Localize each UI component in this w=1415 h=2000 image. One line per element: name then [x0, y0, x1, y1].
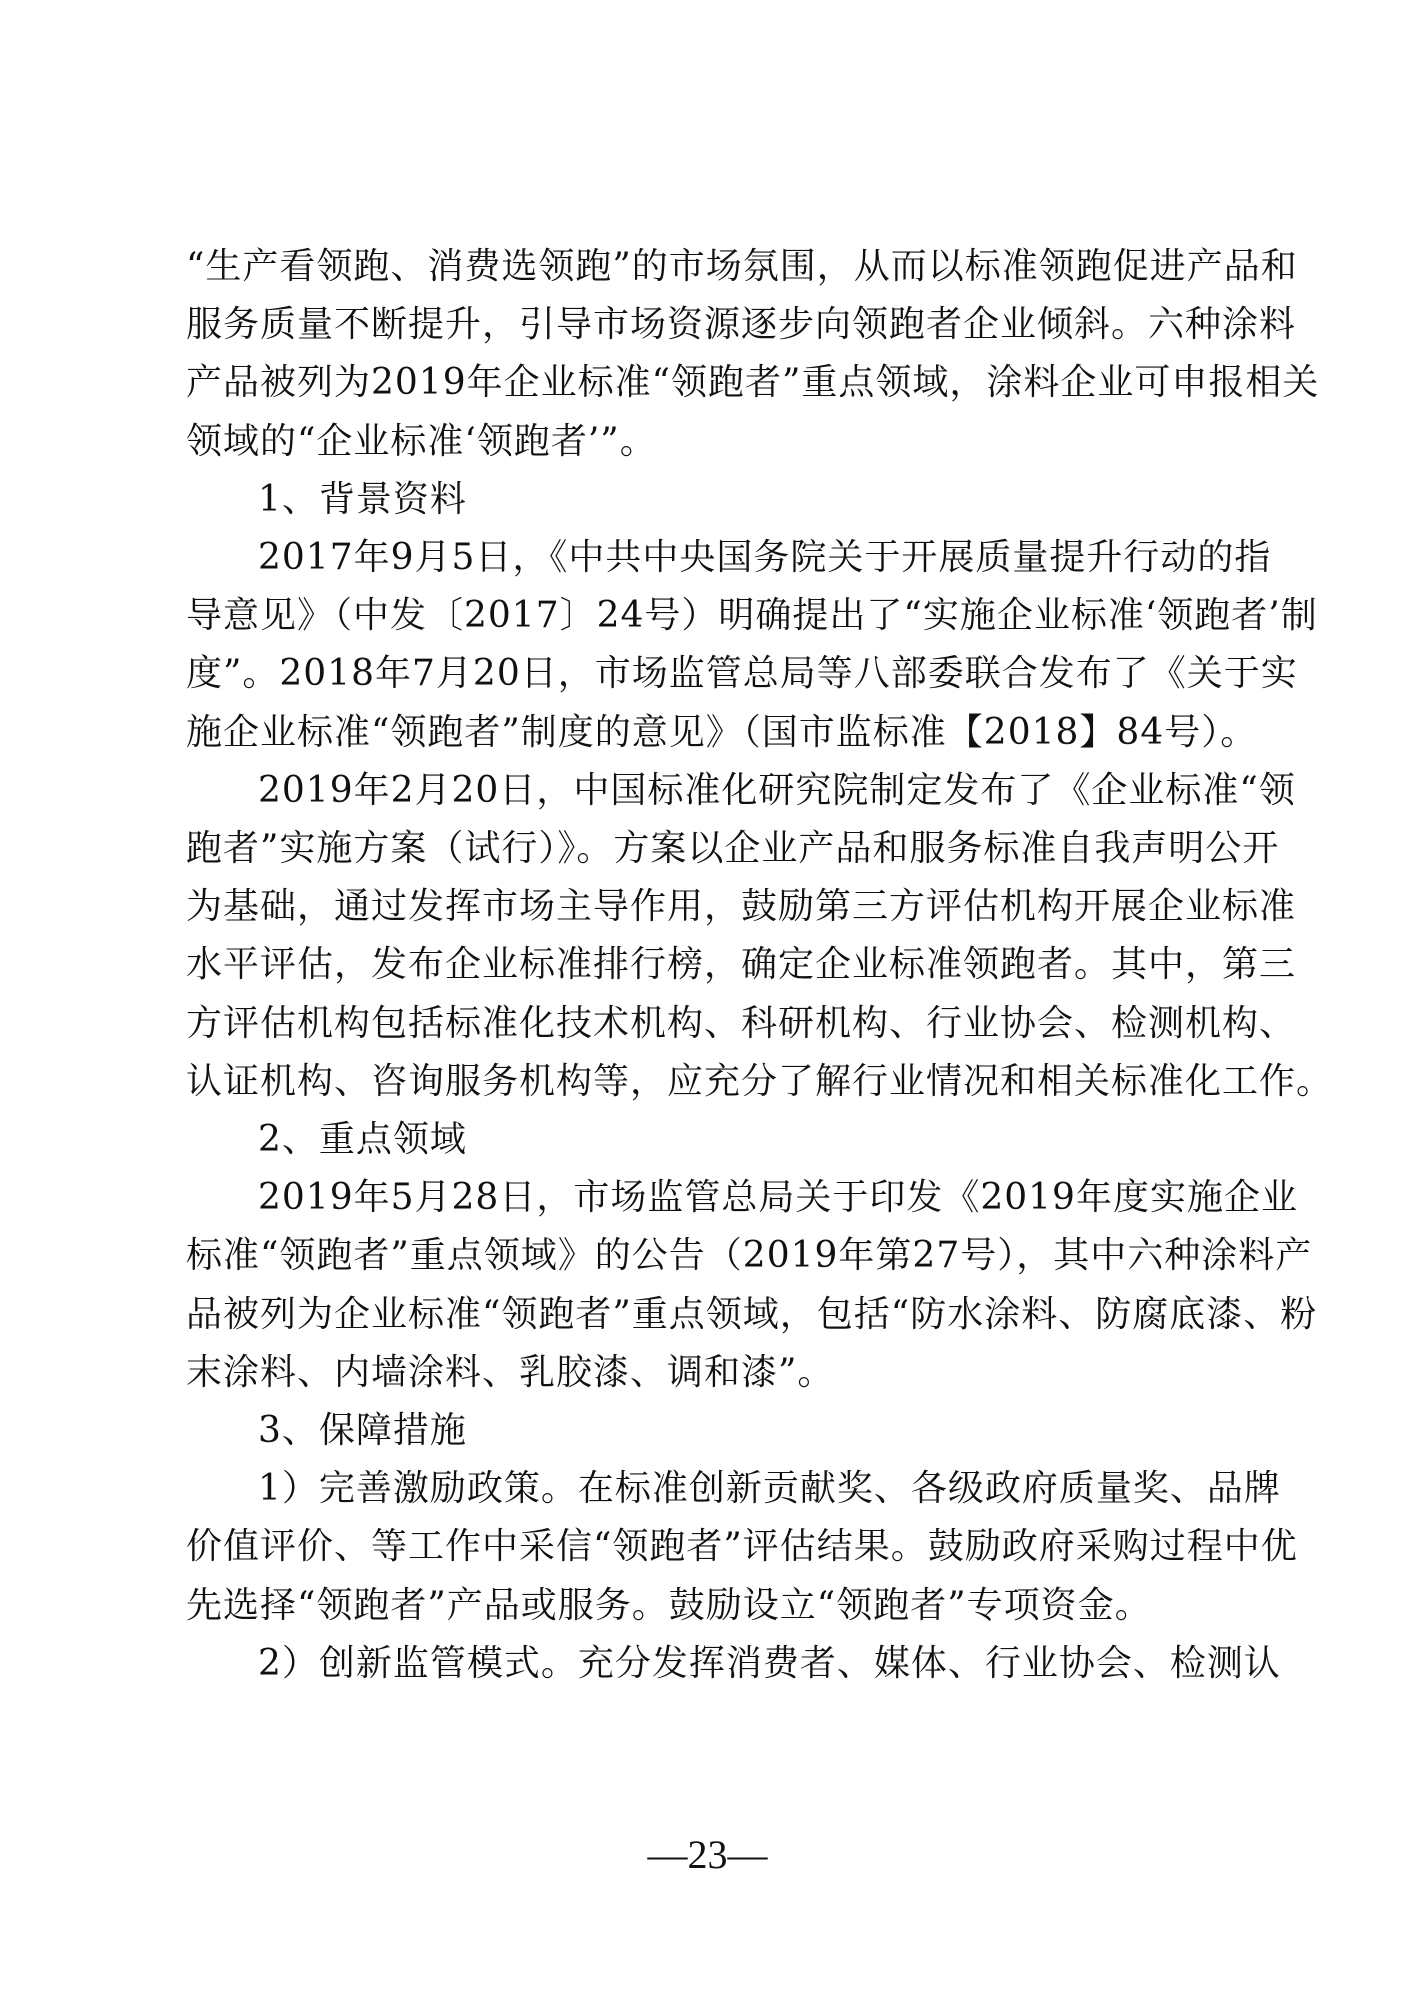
body-line: 2019年5月28日，市场监管总局关于印发《2019年度实施企业	[258, 1169, 1248, 1227]
body-line: 跑者”实施方案（试行）》。方案以企业产品和服务标准自我声明公开	[186, 820, 1248, 878]
body-line: 2017年9月5日，《中共中央国务院关于开展质量提升行动的指	[258, 529, 1248, 587]
body-line: 1）完善激励政策。在标准创新贡献奖、各级政府质量奖、品牌	[258, 1460, 1248, 1518]
body-line: 品被列为企业标准“领跑者”重点领域，包括“防水涂料、防腐底漆、粉	[186, 1286, 1248, 1344]
body-line: 服务质量不断提升，引导市场资源逐步向领跑者企业倾斜。六种涂料	[186, 296, 1248, 354]
body-line: 末涂料、内墙涂料、乳胶漆、调和漆”。	[186, 1344, 1248, 1402]
body-line: 为基础，通过发挥市场主导作用，鼓励第三方评估机构开展企业标准	[186, 878, 1248, 936]
section-heading-key-areas: 2、重点领域	[258, 1111, 1248, 1169]
body-line: 2）创新监管模式。充分发挥消费者、媒体、行业协会、检测认	[258, 1635, 1248, 1693]
body-line: 方评估机构包括标准化技术机构、科研机构、行业协会、检测机构、	[186, 995, 1248, 1053]
body-line: 产品被列为2019年企业标准“领跑者”重点领域，涂料企业可申报相关	[186, 354, 1248, 412]
section-heading-safeguards: 3、保障措施	[258, 1402, 1248, 1460]
page-number: —23—	[0, 1830, 1415, 1880]
body-line: 标准“领跑者”重点领域》的公告（2019年第27号），其中六种涂料产	[186, 1227, 1248, 1285]
body-line: 度”。2018年7月20日，市场监管总局等八部委联合发布了《关于实	[186, 645, 1248, 703]
section-heading-background: 1、背景资料	[258, 471, 1248, 529]
body-line: 先选择“领跑者”产品或服务。鼓励设立“领跑者”专项资金。	[186, 1577, 1248, 1635]
body-line: “生产看领跑、消费选领跑”的市场氛围，从而以标准领跑促进产品和	[186, 238, 1248, 296]
document-page: “生产看领跑、消费选领跑”的市场氛围，从而以标准领跑促进产品和 服务质量不断提升…	[0, 0, 1415, 2000]
body-line: 价值评价、等工作中采信“领跑者”评估结果。鼓励政府采购过程中优	[186, 1518, 1248, 1576]
body-line: 施企业标准“领跑者”制度的意见》（国市监标准【2018】84号）。	[186, 704, 1248, 762]
body-line: 认证机构、咨询服务机构等，应充分了解行业情况和相关标准化工作。	[186, 1053, 1248, 1111]
body-line: 2019年2月20日，中国标准化研究院制定发布了《企业标准“领	[258, 762, 1248, 820]
body-line: 领域的“企业标准‘领跑者’”。	[186, 413, 1248, 471]
body-line: 导意见》（中发〔2017〕24号）明确提出了“实施企业标准‘领跑者’制	[186, 587, 1248, 645]
body-line: 水平评估，发布企业标准排行榜，确定企业标准领跑者。其中，第三	[186, 936, 1248, 994]
